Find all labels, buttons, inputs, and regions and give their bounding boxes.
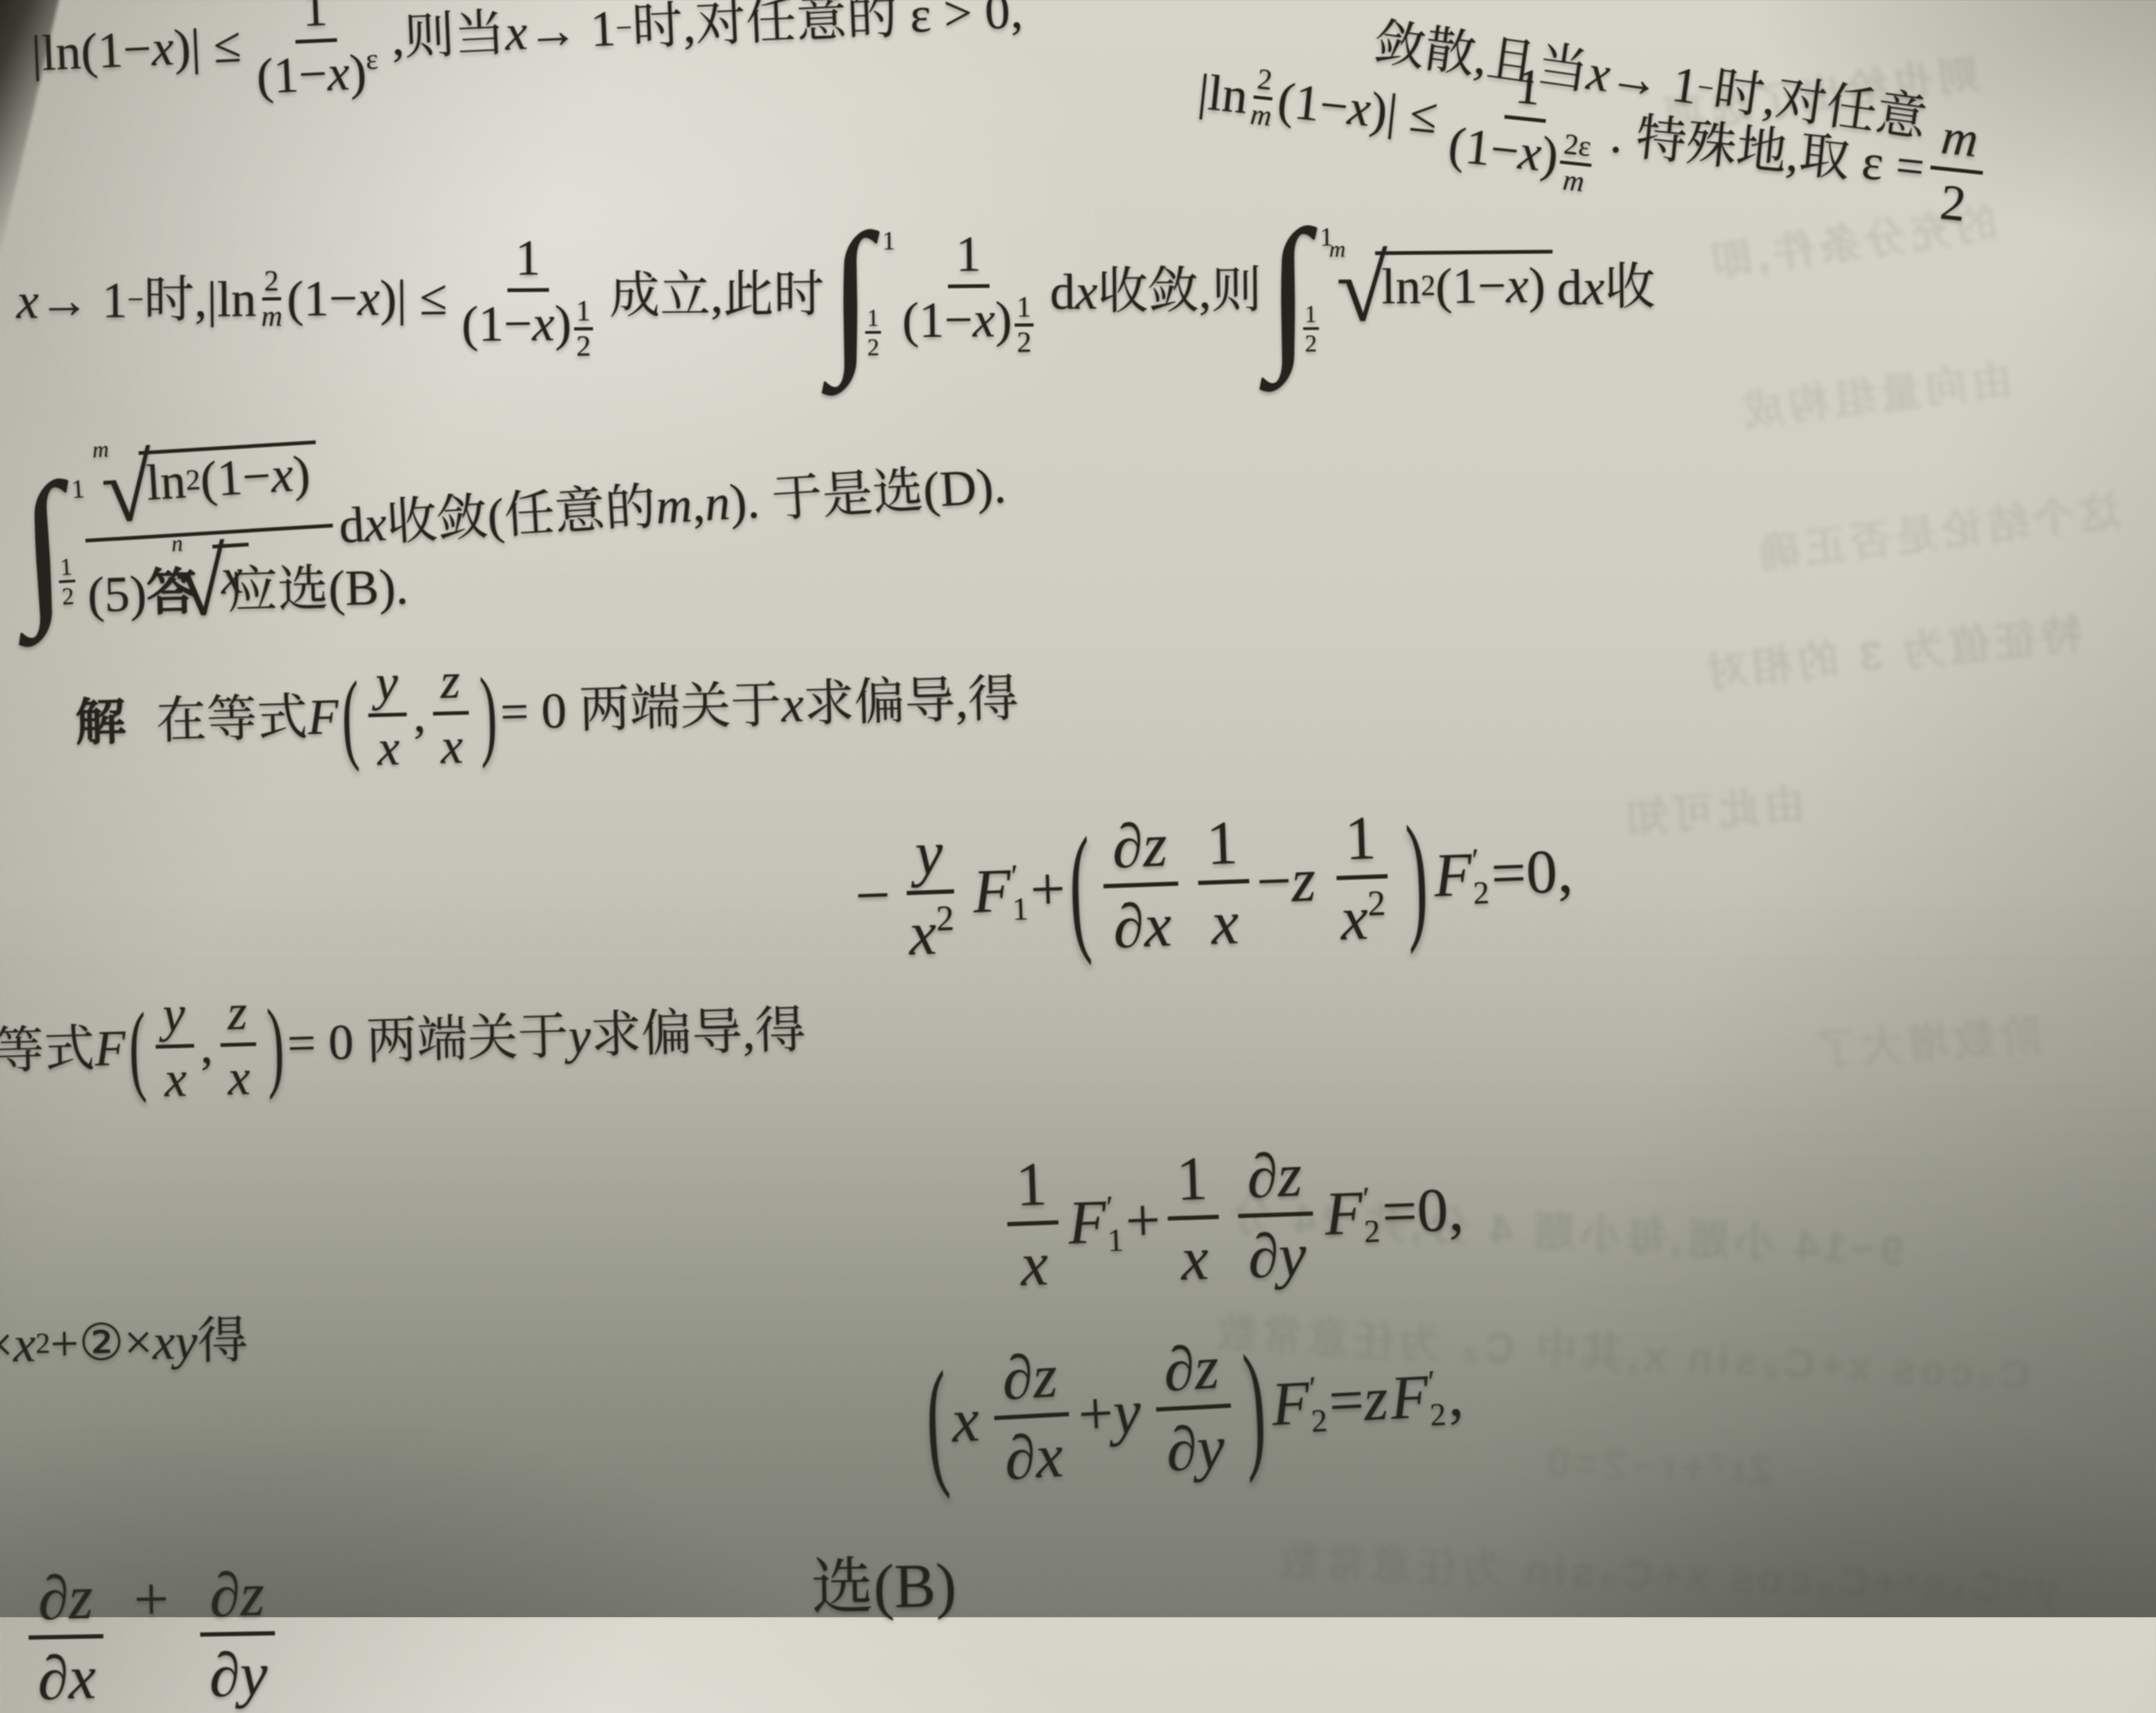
math-b: 解 [74, 693, 126, 753]
math-sup: 2 [185, 465, 201, 495]
math-f: 1x [1195, 810, 1251, 957]
math-t: (1− [199, 449, 273, 506]
math-bp: ( [128, 1000, 147, 1096]
math-sp [283, 1552, 811, 1562]
math-t: d [1050, 263, 1075, 322]
math-i: z [1362, 1363, 1390, 1436]
bleedthrough-text: 特征值为 3 的相对 [1698, 601, 2084, 700]
bleedthrough-text: 2r²+r−2=0 [1542, 1438, 1774, 1494]
math-t: 时,对任意的 ε > 0, [631, 0, 1024, 57]
math-t: × [0, 1316, 14, 1374]
math-i: x [1034, 1423, 1065, 1489]
math-i: y [1195, 1415, 1226, 1481]
math-sp [112, 1564, 133, 1565]
math-t: d [337, 495, 366, 555]
math-t: 1 [1344, 805, 1377, 871]
math-i: x [1020, 1231, 1050, 1298]
bleedthrough-text: 这个结论是否正确 [1751, 478, 2123, 581]
bottom-cut-line: ∂z∂x+∂z∂y选(B) [18, 1550, 958, 1617]
page-content: 则也给出了选项 的充分条件,即 由向量组构成 这个结论是否正确 特征值为 3 的… [0, 0, 2156, 1617]
math-i: x [363, 494, 388, 554]
math-t: ) [292, 447, 312, 501]
math-i: x [1075, 263, 1098, 321]
math-sf: 2m [258, 266, 285, 332]
math-i: x [950, 1384, 981, 1457]
math-t: 2 [35, 1327, 51, 1360]
math-t: ∂ [1001, 1344, 1035, 1411]
math-t: 2 [1421, 270, 1435, 302]
math-i: x [908, 901, 938, 967]
math-t: ∂ [1162, 1336, 1196, 1403]
math-i: x [1180, 1226, 1210, 1292]
math-t: ∂ [1246, 1143, 1279, 1209]
math-i: m [1249, 100, 1273, 132]
math-i: y [1277, 1222, 1307, 1289]
math-f: 1x [1165, 1145, 1221, 1292]
math-i: xy [152, 1312, 198, 1371]
math-t: = 0 两端关于 [286, 1008, 569, 1073]
equation-3: (x∂z∂x+y∂z∂y)F′2=zF′2, [919, 1322, 1467, 1495]
math-i: x [1210, 890, 1240, 956]
math-t: 2 [935, 898, 955, 938]
math-sup: 2 [1421, 272, 1435, 301]
math-i: z [1290, 844, 1317, 916]
math-f: ∂z∂x [26, 1565, 106, 1617]
math-sup: 2εm [1554, 130, 1597, 198]
math-f: m2 [1924, 109, 1989, 232]
math-i: z [1031, 1343, 1059, 1409]
math-i: x [1143, 892, 1173, 959]
math-sup: 2 [35, 1329, 51, 1359]
math-i: m [261, 302, 283, 332]
math-t: 1 [1205, 810, 1239, 877]
math-t: , [1446, 1359, 1465, 1431]
math-t: ∂ [1165, 1416, 1199, 1483]
math-t: + [1076, 1377, 1115, 1450]
math-t: 在等式 [155, 689, 308, 751]
math-i: m [1939, 110, 1981, 166]
math-f: yx [367, 655, 408, 775]
math-t: (1− [1275, 71, 1351, 136]
math-t: (1− [255, 47, 328, 104]
math-i: y [914, 820, 944, 887]
math-t: |ln [1195, 62, 1251, 125]
math-t: )| ≤ [173, 16, 243, 77]
equation-2: 1xF′1+1x∂z∂yF′2=0, [997, 1137, 1466, 1298]
math-t: 1 [1015, 1151, 1048, 1218]
math-sf: 2εm [1556, 130, 1595, 197]
math-t: + [1124, 1184, 1162, 1257]
math-t: = [1327, 1364, 1366, 1437]
math-f: zx [430, 654, 472, 773]
math-f: 1(1−x)12 [453, 231, 604, 363]
math-f: 1x2 [1327, 804, 1398, 952]
math-t: (5) [87, 564, 147, 624]
math-t: − [615, 11, 633, 44]
math-i: F [307, 688, 340, 746]
bleedthrough-text: y=C₁eˣ+C₂cos x+C₃sin 为任意常数 [1273, 1529, 2059, 1615]
math-i: x [150, 18, 175, 77]
math-t: 0, [1416, 1173, 1465, 1247]
math-t: 求偏导,得 [803, 670, 1020, 733]
math-t: ) [1529, 256, 1546, 315]
solution-line-partial-y: 等式 F(yx,zx) = 0 两端关于 y 求偏导,得 [0, 971, 807, 1111]
math-t: d [1557, 258, 1583, 317]
math-t: 时,|ln [144, 270, 257, 329]
math-f: zx [217, 985, 259, 1105]
math-i: z [239, 1562, 265, 1617]
math-sf: 2m [1246, 64, 1279, 132]
math-fp: F′2 [1433, 838, 1490, 911]
math-t: ln [145, 454, 187, 510]
math-f: 1(1−x)12 [893, 227, 1044, 358]
math-sup: 2 [1367, 885, 1386, 922]
math-i: x [164, 1052, 187, 1106]
math-i: y [375, 656, 398, 710]
math-t: ) [348, 45, 367, 99]
math-sf: 12 [574, 296, 594, 362]
math-t: 1 [301, 0, 328, 36]
math-bp: ) [1404, 808, 1430, 944]
bleedthrough-text: 阶数增大了 [1809, 1003, 2043, 1078]
math-t: ∂ [1003, 1425, 1037, 1491]
math-i: x [326, 46, 351, 101]
math-t: 得 [197, 1311, 248, 1370]
math-int: ∫112 [829, 224, 883, 364]
math-t: 应选(B). [226, 557, 409, 620]
math-t: (1− [462, 297, 533, 351]
math-f: yx [154, 987, 195, 1107]
math-sp [197, 591, 227, 592]
math-t: )| ≤ [380, 268, 447, 327]
math-t: ,则当 [390, 4, 506, 67]
math-t: 选(B) [811, 1550, 957, 1617]
math-line-A1: |ln(1−x)| ≤ 1(1−x)ε,则当 x → 1− 时,对任意的 ε >… [29, 0, 1025, 113]
math-t: 求偏导,得 [590, 1001, 806, 1065]
math-i: z [1276, 1142, 1303, 1208]
math-i: y [162, 987, 186, 1041]
math-sup: 2 [935, 900, 955, 937]
answer-line-5B: (5)答应选(B). [87, 557, 409, 624]
math-bp: ) [266, 996, 285, 1092]
math-t: ). 于是选(D). [728, 456, 1007, 531]
math-i: x [16, 272, 39, 331]
math-bp: ( [341, 668, 360, 764]
math-i: x [269, 448, 295, 502]
math-f: 1(1−x)2εm [1437, 52, 1612, 198]
math-i: m [654, 475, 694, 535]
math-t: )| ≤ [1368, 81, 1441, 145]
math-t: 收敛(任意的 [385, 477, 657, 552]
math-line-B: x → 1− 时,|ln2m(1−x)| ≤ 1(1−x)12 成立,此时∫11… [16, 217, 1656, 371]
math-t: +②× [50, 1313, 153, 1373]
math-sp [979, 1419, 985, 1420]
math-f: 1(1−x)ε [245, 0, 388, 104]
math-i: z [1142, 812, 1168, 878]
math-t: = [1490, 837, 1528, 910]
math-t: − [127, 283, 144, 316]
math-t: (1− [287, 269, 358, 328]
equation-1: −yx2F′1+(∂z∂x1x−z1x2)F′2=0, [853, 798, 1575, 968]
math-t: 收 [1604, 258, 1655, 316]
math-t: 2 [1017, 328, 1032, 358]
math-i: x [357, 269, 381, 327]
math-t: 等式 [0, 1020, 95, 1080]
math-i: y [1111, 1376, 1142, 1448]
math-bp: ( [1067, 820, 1093, 956]
math-t: → 1 [38, 271, 127, 330]
math-t: 1 [1175, 1146, 1209, 1212]
book-page-photo: 则也给出了选项 的充分条件,即 由向量组构成 这个结论是否正确 特征值为 3 的… [0, 0, 2156, 1617]
math-i: y [567, 1007, 591, 1065]
math-t: 1 [576, 296, 591, 326]
math-t: 2 [576, 332, 591, 362]
math-fp: F′1 [972, 854, 1029, 928]
math-t: . 特殊地,取 ε = [1608, 106, 1928, 196]
math-t: 1 [515, 232, 541, 285]
math-t: = 0 两端关于 [500, 676, 782, 741]
math-i: x [532, 297, 555, 350]
math-t: ∂ [1247, 1223, 1280, 1289]
math-t: → 1 [526, 0, 617, 61]
math-f: ∂z∂x [1100, 812, 1183, 960]
math-i: F [94, 1019, 126, 1078]
math-i: x [1582, 258, 1605, 317]
math-t: 2 [1367, 883, 1386, 923]
math-i: m [1562, 166, 1586, 197]
math-t: 2 [1256, 65, 1274, 95]
math-t: ) [995, 293, 1012, 346]
bleedthrough-text: 由向量组构成 [1734, 346, 2015, 439]
math-t: (1− [902, 293, 973, 347]
math-t: 1 [1513, 59, 1543, 115]
math-i: z [68, 1565, 94, 1617]
math-rt: m√ln2(1−x) [92, 435, 321, 535]
math-t: , [199, 1017, 214, 1075]
math-t: ∂ [1111, 813, 1144, 880]
math-f: ∂z∂y [197, 1561, 278, 1617]
math-i: z [440, 654, 461, 708]
math-i: x [440, 720, 464, 773]
math-t: , [412, 685, 426, 744]
math-t: − [1255, 845, 1293, 918]
math-i: x [973, 293, 995, 346]
math-t: 2 [185, 463, 202, 497]
math-t: = [1381, 1175, 1418, 1248]
math-t: ∂ [209, 1562, 241, 1617]
math-fp: F′1 [1067, 1186, 1124, 1259]
math-fp: F′2 [1270, 1366, 1328, 1440]
math-sup: − [127, 285, 144, 315]
math-t: 2 [264, 266, 279, 296]
bleedthrough-text: 由此可知 [1619, 771, 1808, 846]
math-int: ∫112 [17, 473, 79, 615]
math-i: x [1506, 256, 1529, 315]
combination-line: ×x2+②×xy 得 [0, 1311, 248, 1374]
math-bp: ) [1241, 1337, 1269, 1474]
math-i: x [227, 1051, 251, 1104]
math-i: z [227, 985, 248, 1039]
math-i: x [504, 3, 528, 62]
math-i: x [377, 721, 401, 775]
math-t: 成立,此时 [609, 265, 824, 325]
math-t: (1− [1446, 118, 1522, 178]
math-f: ∂z∂y [1151, 1334, 1236, 1483]
math-t: ε [365, 43, 379, 76]
math-t: − [854, 859, 891, 932]
math-f: 1x [1005, 1151, 1061, 1298]
math-f: yx2 [895, 820, 966, 967]
math-sup: − [615, 13, 633, 43]
math-sp [168, 1563, 190, 1563]
math-t: ) [554, 296, 572, 350]
math-f: ∂z∂x [989, 1342, 1075, 1491]
math-t: 收敛,则 [1097, 261, 1262, 321]
math-t: ln [1381, 257, 1421, 316]
solution-line-partial-x: 解在等式 F(yx,zx) = 0 两端关于 x 求偏导,得 [74, 640, 1020, 783]
math-fp: F′2 [1324, 1177, 1381, 1250]
math-t: 0, [1525, 835, 1574, 908]
math-i: x [1340, 885, 1370, 952]
math-sf: 12 [1014, 293, 1034, 358]
math-bp: ( [923, 1353, 951, 1490]
math-t: 2 [1938, 176, 1968, 231]
math-sup: 2m [256, 266, 287, 332]
math-bp: ) [478, 664, 498, 761]
math-i: x [781, 675, 804, 734]
math-t: + [1029, 853, 1066, 925]
math-sup: 12 [1012, 293, 1036, 358]
math-t: ∂ [1112, 893, 1145, 960]
math-sup: 12 [571, 296, 596, 362]
math-t: 1 [1016, 293, 1031, 322]
math-sp [126, 721, 156, 722]
math-t: 2ε [1562, 130, 1592, 162]
math-rt: m√ln2(1−x) [1329, 245, 1553, 333]
math-t: |ln(1− [30, 19, 153, 83]
math-sp [1141, 1411, 1147, 1411]
math-fp: F′2 [1389, 1360, 1447, 1434]
math-i: n [703, 473, 732, 533]
math-b: 答 [146, 563, 198, 623]
math-t: 1 [956, 227, 982, 281]
math-i: z [1193, 1334, 1220, 1401]
math-i: x [13, 1315, 36, 1373]
math-int: ∫112 [1266, 220, 1321, 360]
math-t: ∂ [37, 1565, 69, 1617]
math-f: ∂z∂y [1234, 1142, 1317, 1290]
math-t: + [133, 1563, 169, 1617]
math-t: (1− [1435, 256, 1506, 315]
math-sup: ε [365, 45, 379, 75]
